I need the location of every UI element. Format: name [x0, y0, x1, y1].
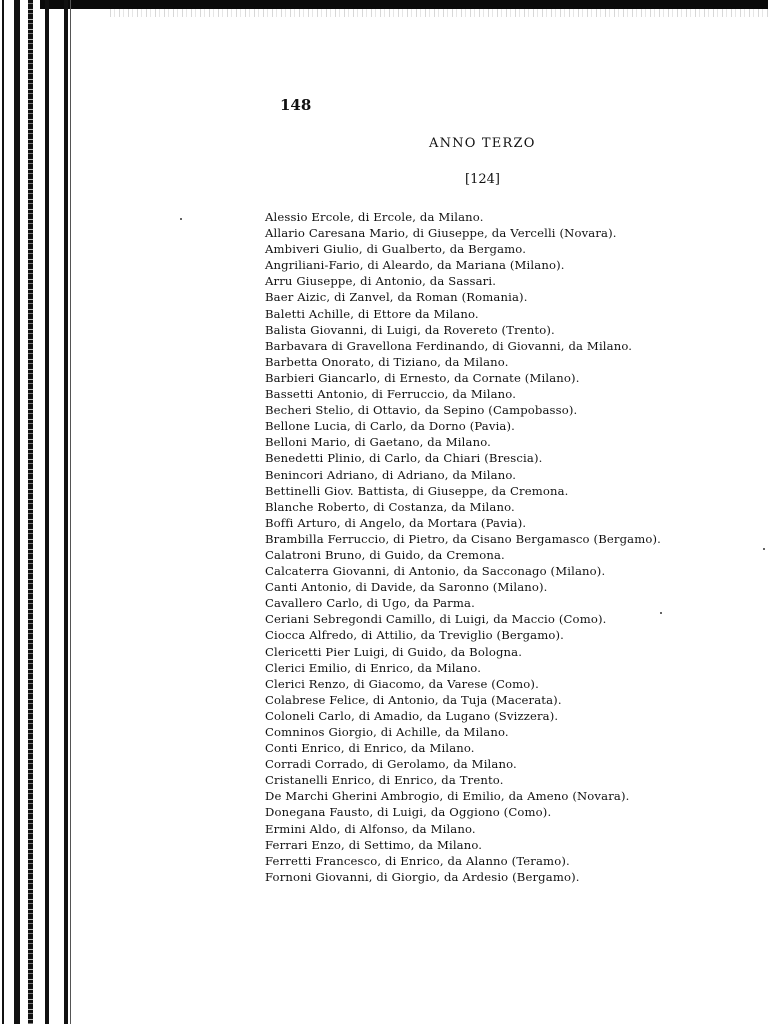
section-heading: ANNO TERZO [429, 136, 536, 151]
section-number: [124] [465, 172, 500, 187]
list-item: Cristanelli Enrico, di Enrico, da Trento… [265, 772, 661, 788]
list-item: Fornoni Giovanni, di Giorgio, da Ardesio… [265, 869, 661, 885]
list-item: Alessio Ercole, di Ercole, da Milano. [265, 209, 661, 225]
list-item: Allario Caresana Mario, di Giuseppe, da … [265, 225, 661, 241]
list-item: Barbieri Giancarlo, di Ernesto, da Corna… [265, 370, 661, 386]
list-item: Arru Giuseppe, di Antonio, da Sassari. [265, 273, 661, 289]
list-item: Bettinelli Giov. Battista, di Giuseppe, … [265, 483, 661, 499]
list-item: Donegana Fausto, di Luigi, da Oggiono (C… [265, 804, 661, 820]
binding-line [64, 0, 68, 1024]
scan-top-noise [110, 9, 768, 17]
list-item: Comninos Giorgio, di Achille, da Milano. [265, 724, 661, 740]
list-item: Ciocca Alfredo, di Attilio, da Treviglio… [265, 627, 661, 643]
list-item: Clerici Renzo, di Giacomo, da Varese (Co… [265, 676, 661, 692]
list-item: Corradi Corrado, di Gerolamo, da Milano. [265, 756, 661, 772]
list-item: Ceriani Sebregondi Camillo, di Luigi, da… [265, 611, 661, 627]
list-item: Brambilla Ferruccio, di Pietro, da Cisan… [265, 531, 661, 547]
list-item: De Marchi Gherini Ambrogio, di Emilio, d… [265, 788, 661, 804]
list-item: Ferretti Francesco, di Enrico, da Alanno… [265, 853, 661, 869]
list-item: Boffi Arturo, di Angelo, da Mortara (Pav… [265, 515, 661, 531]
list-item: Colabrese Felice, di Antonio, da Tuja (M… [265, 692, 661, 708]
list-item: Blanche Roberto, di Costanza, da Milano. [265, 499, 661, 515]
scan-speck [660, 612, 662, 614]
list-item: Calcaterra Giovanni, di Antonio, da Sacc… [265, 563, 661, 579]
list-item: Coloneli Carlo, di Amadio, da Lugano (Sv… [265, 708, 661, 724]
list-item: Bellone Lucia, di Carlo, da Dorno (Pavia… [265, 418, 661, 434]
list-item: Balista Giovanni, di Luigi, da Rovereto … [265, 322, 661, 338]
binding-line [14, 0, 20, 1024]
page-number: 148 [280, 96, 311, 114]
list-item: Ambiveri Giulio, di Gualberto, da Bergam… [265, 241, 661, 257]
list-item: Clericetti Pier Luigi, di Guido, da Bolo… [265, 644, 661, 660]
scan-top-border [40, 0, 768, 9]
list-item: Barbetta Onorato, di Tiziano, da Milano. [265, 354, 661, 370]
binding-line [28, 0, 33, 1024]
list-item: Baer Aizic, di Zanvel, da Roman (Romania… [265, 289, 661, 305]
list-item: Belloni Mario, di Gaetano, da Milano. [265, 434, 661, 450]
binding-line [45, 0, 49, 1024]
book-binding-edge [0, 0, 80, 1024]
list-item: Calatroni Bruno, di Guido, da Cremona. [265, 547, 661, 563]
list-item: Canti Antonio, di Davide, da Saronno (Mi… [265, 579, 661, 595]
list-item: Ferrari Enzo, di Settimo, da Milano. [265, 837, 661, 853]
binding-line [70, 0, 71, 1024]
list-item: Ermini Aldo, di Alfonso, da Milano. [265, 821, 661, 837]
list-item: Angriliani-Fario, di Aleardo, da Mariana… [265, 257, 661, 273]
list-item: Bassetti Antonio, di Ferruccio, da Milan… [265, 386, 661, 402]
list-item: Barbavara di Gravellona Ferdinando, di G… [265, 338, 661, 354]
student-list: Alessio Ercole, di Ercole, da Milano. Al… [265, 209, 661, 885]
list-item: Baletti Achille, di Ettore da Milano. [265, 306, 661, 322]
list-item: Benincori Adriano, di Adriano, da Milano… [265, 467, 661, 483]
scan-speck [180, 218, 182, 220]
list-item: Conti Enrico, di Enrico, da Milano. [265, 740, 661, 756]
binding-line [2, 0, 4, 1024]
list-item: Becheri Stelio, di Ottavio, da Sepino (C… [265, 402, 661, 418]
scan-speck [763, 548, 765, 550]
list-item: Cavallero Carlo, di Ugo, da Parma. [265, 595, 661, 611]
list-item: Benedetti Plinio, di Carlo, da Chiari (B… [265, 450, 661, 466]
list-item: Clerici Emilio, di Enrico, da Milano. [265, 660, 661, 676]
